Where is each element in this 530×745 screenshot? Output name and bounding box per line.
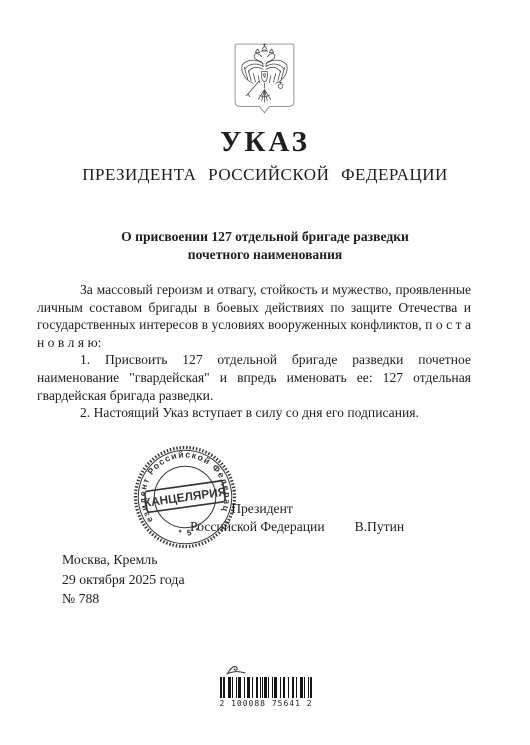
pen-squiggle-icon [226,663,246,676]
decree-number: № 788 [62,589,185,609]
document-issuer: ПРЕЗИДЕНТА РОССИЙСКОЙ ФЕДЕРАЦИИ [0,166,530,185]
issuance-block: Москва, Кремль 29 октября 2025 года № 78… [62,550,185,609]
body-paragraph: 1. Присвоить 127 отдельной бригаде разве… [37,351,471,404]
issuance-date: 29 октября 2025 года [62,570,185,590]
document-body: За массовый героизм и отвагу, стойкость … [37,281,471,422]
subject-line-1: О присвоении 127 отдельной бригаде разве… [0,228,530,246]
body-paragraph: 2. Настоящий Указ вступает в силу со дня… [37,404,471,422]
barcode-bars [220,677,312,698]
signer-name: В.Путин [355,518,405,536]
decree-page: УКАЗ ПРЕЗИДЕНТА РОССИЙСКОЙ ФЕДЕРАЦИИ О п… [0,0,530,745]
chancellery-stamp: Президент Российской Федерации * 5 * КАН… [130,442,240,552]
barcode-digits: 2 100088 75641 2 [218,699,314,708]
subject-line-2: почетного наименования [0,246,530,264]
russian-coat-of-arms-icon [229,42,300,119]
document-subject: О присвоении 127 отдельной бригаде разве… [0,228,530,264]
issuance-place: Москва, Кремль [62,550,185,570]
document-title: УКАЗ [0,128,530,157]
barcode: 2 100088 75641 2 [218,663,314,708]
body-paragraph: За массовый героизм и отвагу, стойкость … [37,281,471,351]
